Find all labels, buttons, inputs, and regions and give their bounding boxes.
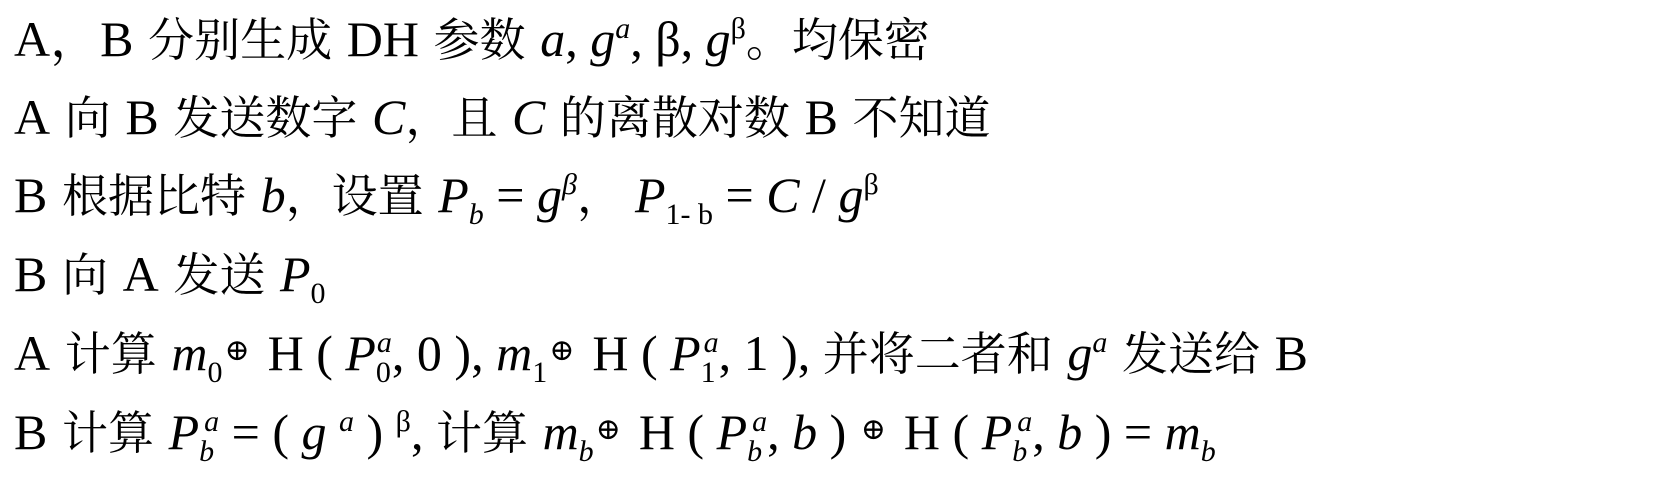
paren: ) [354,404,396,460]
paren: ( [304,325,346,381]
text: 向 [50,91,125,145]
comma: , [411,404,436,460]
comma: , [681,11,694,67]
line-1-dh-params: A，B 分别生成 DH 参数 a, ga, β, gβ。均保密 [14,14,930,64]
var-p: P [345,325,376,381]
xor-icon: ⊕ [224,334,249,367]
exp-beta: β [731,12,746,45]
sub-0: 0 [207,356,222,389]
sub-b: b [1201,435,1216,468]
paren-equals: ) = [1082,404,1164,460]
party-a: A [123,246,159,302]
var-p: P [280,246,311,302]
paren: ( [628,325,670,381]
var-p: P [438,167,469,223]
text: 计算 [50,327,171,381]
exp-a: a [1017,405,1032,438]
exp-beta: β [562,168,577,201]
sub-b: b [579,435,594,468]
text: 参数 [419,13,540,67]
var-g: g [706,11,731,67]
sub-b: b [1012,435,1027,468]
text: 。均保密 [746,13,930,67]
var-p: P [635,167,666,223]
text: 发送数字 [159,91,372,145]
text: 发送给 [1107,327,1274,381]
line-5-a-compute: A 计算 m0⊕H ( P0a, 0 ), m1⊕H ( P1a, 1 ), 并… [14,328,1308,378]
sub-1: 1 [532,356,547,389]
dh-label: DH [347,11,419,67]
line-2-send-c: A 向 B 发送数字 C，且 C 的离散对数 B 不知道 [14,92,991,142]
var-m: m [1165,404,1201,460]
party-b: B [1275,325,1308,381]
exp-a: a [615,12,630,45]
comma: , [565,11,578,67]
comma: , [1032,404,1057,460]
party-b: B [14,167,47,223]
divide: / [800,167,839,223]
sub-b: b [747,435,762,468]
sub-b: b [469,198,484,231]
party-b: B [14,404,47,460]
paren: ) [817,404,859,460]
var-m: m [543,404,579,460]
sub-1-minus-b: 1- b [665,198,713,231]
hash-h: H [904,404,940,460]
var-beta: β [655,11,680,67]
hash-h: H [639,404,675,460]
equals: = [713,167,766,223]
xor-icon: ⊕ [596,413,621,446]
text: 不知道 [838,91,991,145]
exp-beta: β [863,168,878,201]
text: 计算 [436,406,543,460]
line-6-b-compute: B 计算 Pba = ( g a ) β, 计算 mb⊕H ( Pba, b )… [14,407,1216,457]
exp-a: a [1092,326,1107,359]
var-g: g [838,167,863,223]
text: 的离散对数 [545,91,804,145]
args: , 1 ), [719,325,823,381]
exp-a: a [704,326,719,359]
var-p: P [169,404,200,460]
var-b: b [261,167,286,223]
paren: ( [675,404,717,460]
var-c: C [512,89,545,145]
var-m: m [496,325,532,381]
xor-icon: ⊕ [549,334,574,367]
xor-icon: ⊕ [861,413,886,446]
var-b: b [1057,404,1082,460]
exp-beta: β [396,405,411,438]
var-b: b [792,404,817,460]
sub-1: 1 [701,356,716,389]
text: 并将二者和 [823,327,1068,381]
exp-a: a [377,326,392,359]
text: 向 [47,248,122,302]
equals: = [484,167,537,223]
var-g: g [537,167,562,223]
exp-a: a [752,405,767,438]
var-m: m [171,325,207,381]
text: ，设置 [286,169,439,223]
args: , 0 ), [392,325,496,381]
paren: ( [940,404,982,460]
var-g: g [302,404,327,460]
party-b: B [125,89,158,145]
exp-a: a [339,405,354,438]
sub-b: b [199,435,214,468]
text: 分别生成 [133,13,346,67]
var-c: C [766,167,799,223]
comma: , [630,11,643,67]
exp-a: a [204,405,219,438]
var-c: C [372,89,405,145]
party-b: B [14,246,47,302]
party-a: A [14,325,50,381]
party-a: A [14,89,50,145]
party-b: B [805,89,838,145]
parties-label: A，B [14,11,133,67]
comma: , [767,404,792,460]
sub-0: 0 [311,277,326,310]
hash-h: H [592,325,628,381]
var-p: P [982,404,1013,460]
var-a: a [540,11,565,67]
var-p: P [670,325,701,381]
text: 计算 [47,406,168,460]
var-g: g [590,11,615,67]
hash-h: H [268,325,304,381]
sub-0: 0 [376,356,391,389]
var-p: P [717,404,748,460]
text: 根据比特 [47,169,260,223]
line-3-set-p: B 根据比特 b，设置 Pb = gβ，P1- b = C / gβ [14,170,879,220]
text: ，且 [405,91,512,145]
equals-paren: = ( [219,404,301,460]
var-g: g [1067,325,1092,381]
line-4-send-p0: B 向 A 发送 P0 [14,249,326,299]
text: ， [577,169,623,223]
text: 发送 [159,248,280,302]
